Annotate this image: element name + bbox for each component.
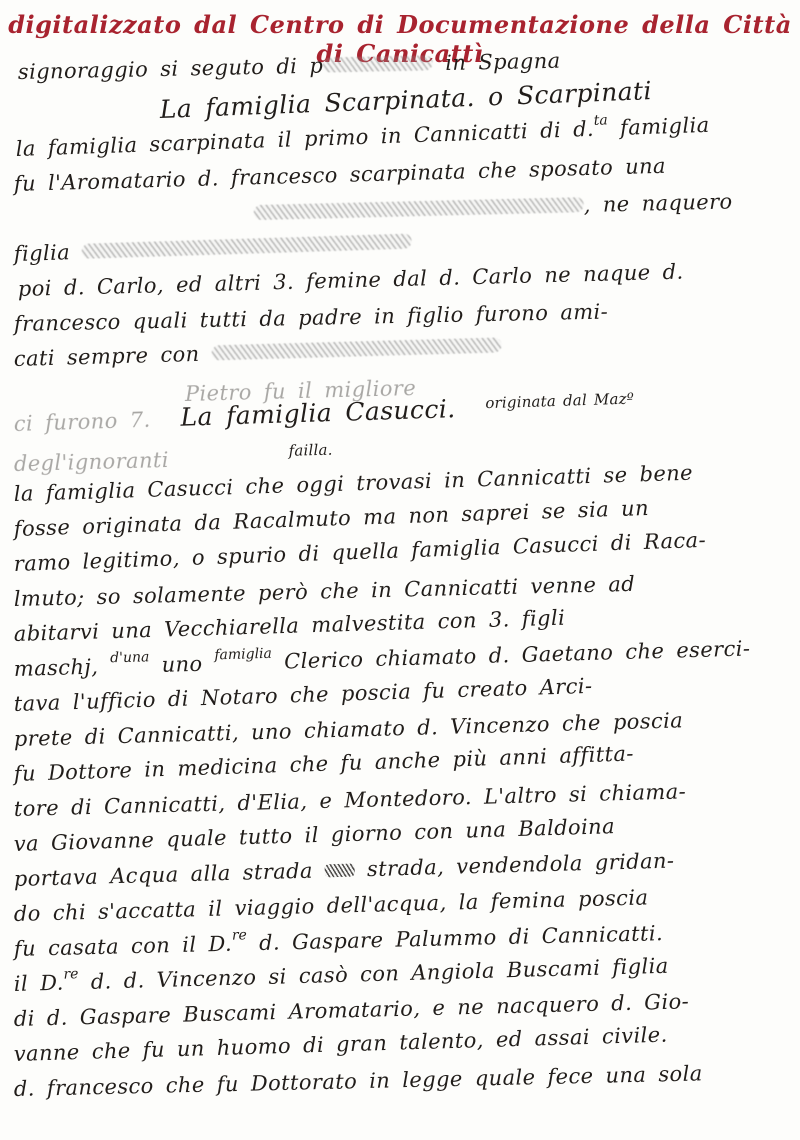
erasure-smudge xyxy=(82,233,412,258)
handwritten-text: figlia xyxy=(13,240,82,266)
faded-handwritten-text: degl'ignoranti xyxy=(14,448,170,476)
blank-gap xyxy=(169,460,289,467)
erasure-smudge xyxy=(254,197,584,220)
manuscript: signoraggio si seguto di p in SpagnaLa f… xyxy=(0,56,800,1112)
handwritten-text: il D. xyxy=(14,971,65,996)
handwritten-text: cati sempre con xyxy=(14,341,212,371)
handwritten-text: in Spagna xyxy=(433,49,561,76)
scanned-manuscript-page: digitalizzato dal Centro di Documentazio… xyxy=(0,0,800,1140)
handwritten-text: famiglia xyxy=(608,113,710,141)
interlinear-insertion: re xyxy=(63,966,78,982)
handwritten-text: signoraggio si seguto di p xyxy=(18,54,324,84)
faded-handwritten-text: ci furono 7. xyxy=(13,408,150,436)
interlinear-insertion: ta xyxy=(593,112,608,128)
handwritten-text: uno xyxy=(149,651,215,677)
blank-gap xyxy=(151,422,181,427)
erasure-smudge xyxy=(211,337,501,360)
interlinear-insertion: d'una xyxy=(110,649,150,666)
interlinear-insertion: re xyxy=(232,927,247,943)
blank-gap xyxy=(456,412,486,417)
handwritten-text: fu casata con il D. xyxy=(14,932,233,961)
marginal-annotation: originata dal Mazº xyxy=(485,390,634,413)
strikeout-scribble xyxy=(325,863,355,877)
blank-gap xyxy=(14,216,254,226)
interlinear-insertion: famiglia xyxy=(214,646,272,664)
handwritten-text: , ne naquero xyxy=(583,189,732,217)
marginal-annotation: failla. xyxy=(288,441,332,460)
erasure-smudge xyxy=(323,55,433,72)
handwritten-text: maschj, xyxy=(14,654,111,681)
